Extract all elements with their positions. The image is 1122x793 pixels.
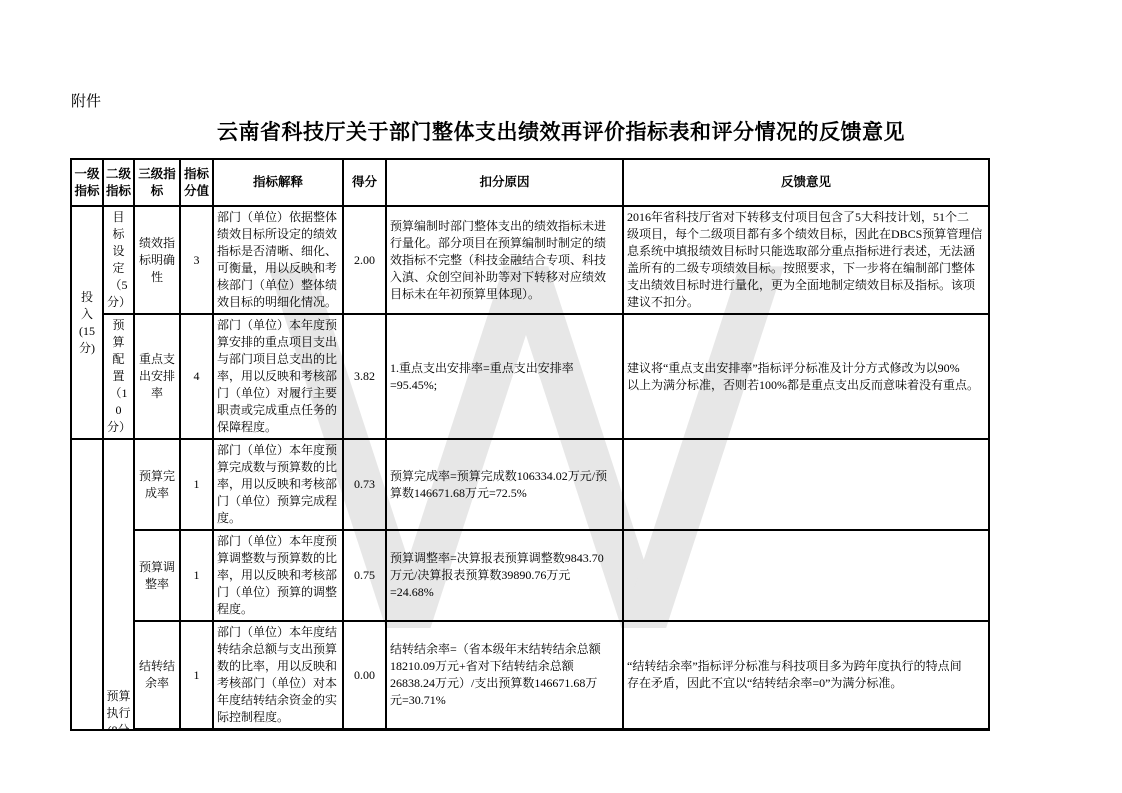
header-indicator-points: 指标 分值 (180, 159, 213, 206)
header-feedback: 反馈意见 (623, 159, 989, 206)
cell-points-row4: 1 (180, 530, 213, 621)
cell-level3-row1: 绩效指 标明确 性 (134, 206, 180, 314)
cell-level3-row4: 预算调 整率 (134, 530, 180, 621)
cell-level1-group2 (71, 439, 103, 730)
cell-level3-row3: 预算完 成率 (134, 439, 180, 530)
cell-level2-budget-execution-text: 预算 执行 (8分 (104, 688, 133, 730)
table-row: 预算调 整率 1 部门（单位）本年度预 算调整数与预算数的比 率，用以反映和考核… (71, 530, 989, 621)
cell-level2-goal-setting: 目标 设定 （5 分） (103, 206, 134, 314)
header-deduction-reason: 扣分原因 (386, 159, 623, 206)
cell-score-row2: 3.82 (343, 314, 386, 439)
cell-level3-row5: 结转结 余率 (134, 621, 180, 730)
cell-feedback-row3 (623, 439, 989, 530)
cell-feedback-row4 (623, 530, 989, 621)
cell-score-row4: 0.75 (343, 530, 386, 621)
table-header-row: 一级 指标 二级 指标 三级指 标 指标 分值 指标解释 得分 扣分原因 反馈意… (71, 159, 989, 206)
table-row: 结转结 余率 1 部门（单位）本年度结 转结余总额与支出预算 数的比率，用以反映… (71, 621, 989, 730)
header-indicator-explanation: 指标解释 (213, 159, 343, 206)
document-page: { "page": { "attachment_label": "附件", "t… (0, 0, 1122, 793)
header-level3-indicator: 三级指 标 (134, 159, 180, 206)
header-level1-indicator: 一级 指标 (71, 159, 103, 206)
cell-score-row1: 2.00 (343, 206, 386, 314)
cell-level3-row2: 重点支 出安排 率 (134, 314, 180, 439)
page-title: 云南省科技厅关于部门整体支出绩效再评价指标表和评分情况的反馈意见 (0, 116, 1122, 146)
cell-explanation-row4: 部门（单位）本年度预 算调整数与预算数的比 率，用以反映和考核部 门（单位）预算… (213, 530, 343, 621)
cell-level1-input-group: 投 入 (15 分) (71, 206, 103, 439)
header-level2-indicator: 二级 指标 (103, 159, 134, 206)
cell-deduction-row2: 1.重点支出安排率=重点支出安排率 =95.45%; (386, 314, 623, 439)
table-row: 预算 执行 (8分 预算完 成率 1 部门（单位）本年度预 算完成数与预算数的比… (71, 439, 989, 530)
cell-deduction-row3: 预算完成率=预算完成数106334.02万元/预 算数146671.68万元=7… (386, 439, 623, 530)
table-row: 投 入 (15 分) 目标 设定 （5 分） 绩效指 标明确 性 3 部门（单位… (71, 206, 989, 314)
attachment-label: 附件 (71, 90, 101, 111)
cell-points-row2: 4 (180, 314, 213, 439)
cell-points-row5: 1 (180, 621, 213, 730)
cell-points-row3: 1 (180, 439, 213, 530)
cell-level2-budget-execution: 预算 执行 (8分 (103, 439, 134, 730)
cell-points-row1: 3 (180, 206, 213, 314)
cell-deduction-row1: 预算编制时部门整体支出的绩效指标未进 行量化。部分项目在预算编制时制定的绩 效指… (386, 206, 623, 314)
cell-feedback-row5: “结转结余率”指标评分标准与科技项目多为跨年度执行的特点间 存在矛盾，因此不宜以… (623, 621, 989, 730)
cell-explanation-row3: 部门（单位）本年度预 算完成数与预算数的比 率，用以反映和考核部 门（单位）预算… (213, 439, 343, 530)
cell-explanation-row2: 部门（单位）本年度预 算安排的重点项目支出 与部门项目总支出的比 率，用以反映和… (213, 314, 343, 439)
header-score: 得分 (343, 159, 386, 206)
cell-explanation-row1: 部门（单位）依据整体 绩效目标所设定的绩效 指标是否清晰、细化、 可衡量，用以反… (213, 206, 343, 314)
cell-feedback-row2: 建议将“重点支出安排率”指标评分标准及计分方式修改为以90% 以上为满分标准，否… (623, 314, 989, 439)
cell-feedback-row1: 2016年省科技厅省对下转移支付项目包含了5大科技计划，51个二 级项目，每个二… (623, 206, 989, 314)
table-row: 预算 配置 （10 分） 重点支 出安排 率 4 部门（单位）本年度预 算安排的… (71, 314, 989, 439)
cell-level2-budget-allocation: 预算 配置 （10 分） (103, 314, 134, 439)
cell-explanation-row5: 部门（单位）本年度结 转结余总额与支出预算 数的比率，用以反映和 考核部门（单位… (213, 621, 343, 730)
cell-score-row3: 0.73 (343, 439, 386, 530)
cell-deduction-row5: 结转结余率=（省本级年末结转结余总额 18210.09万元+省对下结转结余总额 … (386, 621, 623, 730)
cell-score-row5: 0.00 (343, 621, 386, 730)
cell-deduction-row4: 预算调整率=决算报表预算调整数9843.70 万元/决算报表预算数39890.7… (386, 530, 623, 621)
evaluation-table: 一级 指标 二级 指标 三级指 标 指标 分值 指标解释 得分 扣分原因 反馈意… (70, 158, 990, 731)
